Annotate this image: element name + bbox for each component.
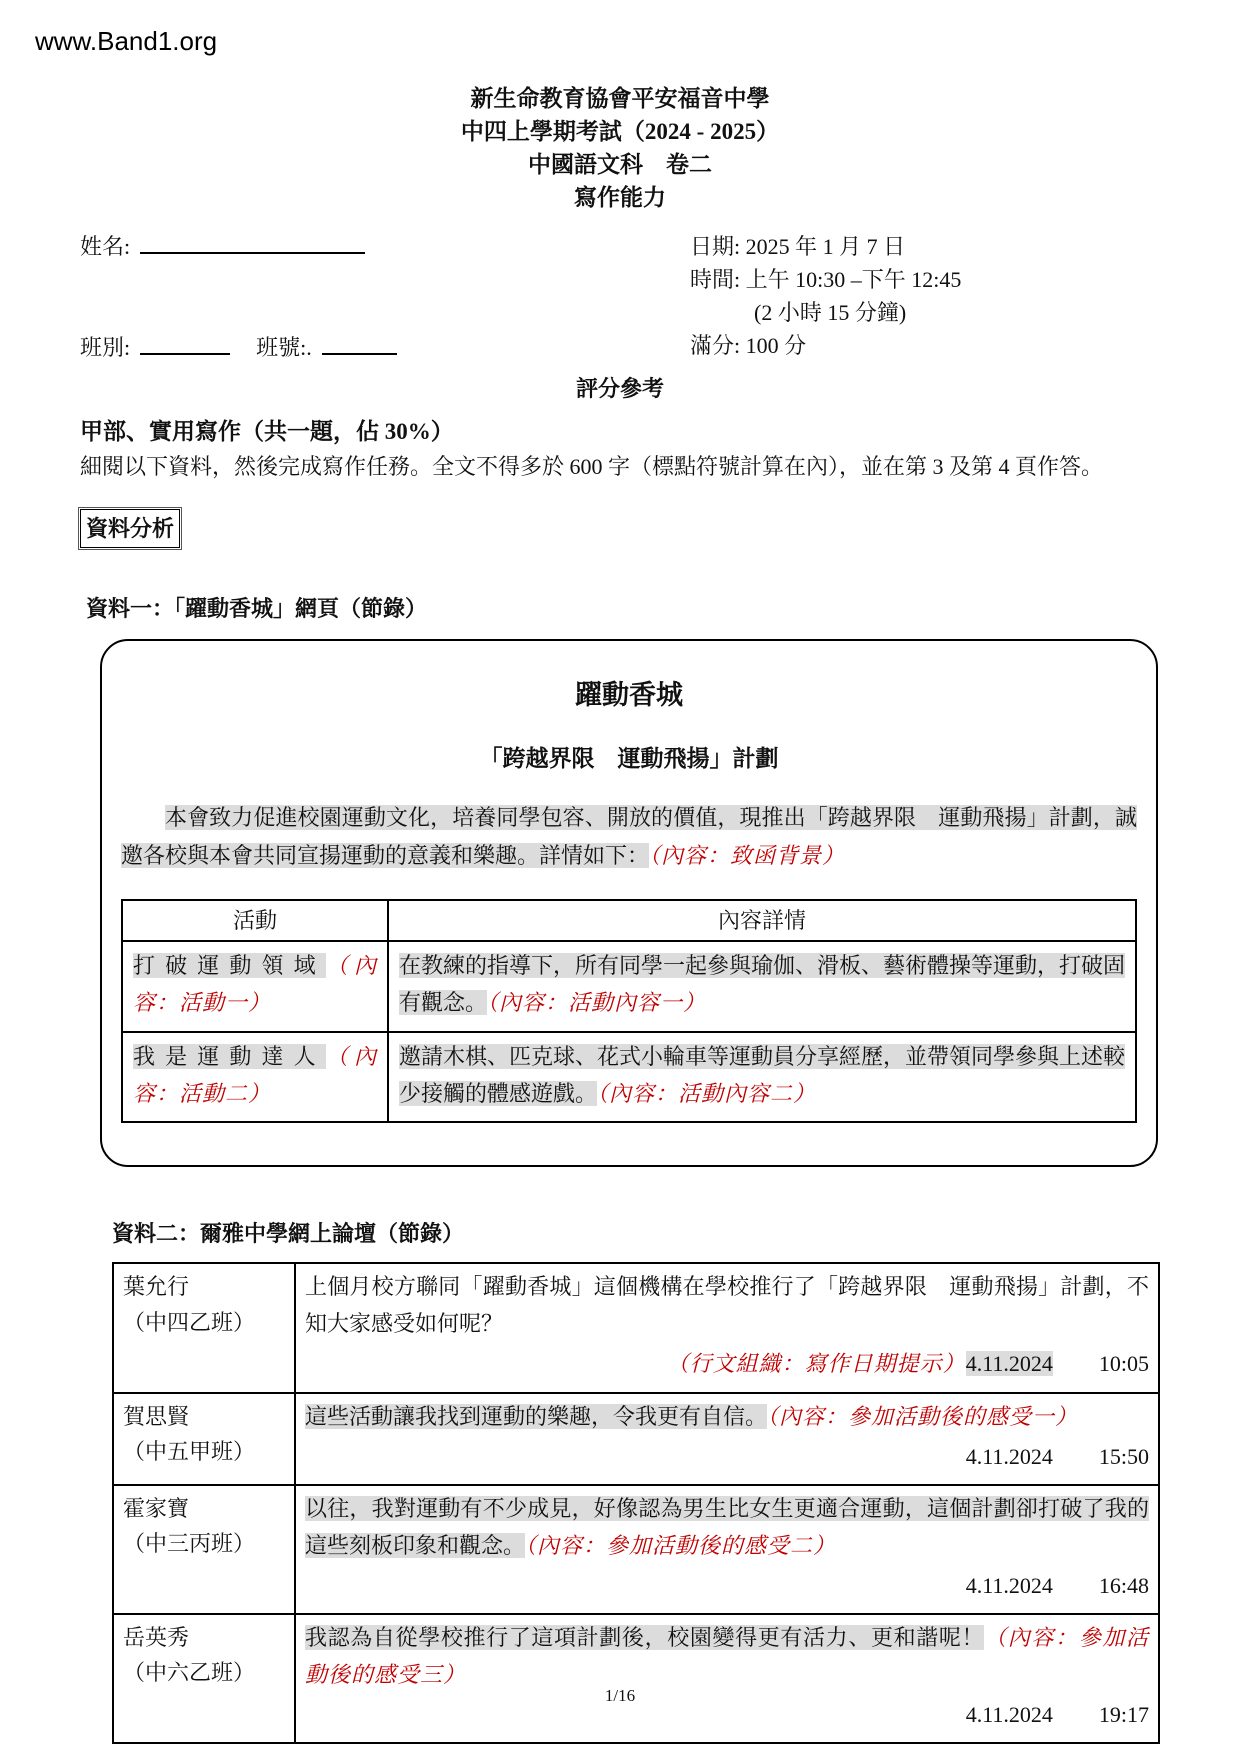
forum-author-class: （中六乙班） [123,1655,285,1690]
forum-message-text: 上個月校方聯同「躍動香城」這個機構在學校推行了「跨越界限 運動飛揚」計劃，不知大… [305,1274,1149,1336]
paper-skill: 寫作能力 [0,181,1240,214]
activity-name: 打破運動領域 [133,953,326,978]
forum-post-date: 4.11.2024 [966,1444,1053,1469]
forum-annotation: （內容：參加活動後的感受一） [767,1404,1078,1429]
date-row: 日期: 2025 年 1 月 7 日 [690,230,1160,263]
activities-col1-header: 活動 [122,900,388,941]
forum-author-class: （中五甲班） [123,1434,285,1469]
full-mark-label: 滿分: [690,333,740,358]
activity-detail-annotation: （內容：活動內容一） [487,990,706,1015]
candidate-info-section: 姓名: 班別:班號:. 日期: 2025 年 1 月 7 日 時間: 上午 10… [80,230,1160,362]
forum-annotation: （行文組織：寫作日期提示） [667,1351,966,1376]
forum-post-row: 葉允行 （中四乙班） 上個月校方聯同「躍動香城」這個機構在學校推行了「跨越界限 … [113,1263,1159,1392]
forum-message-text: 這些活動讓我找到運動的樂趣，令我更有自信。 [305,1404,767,1429]
forum-post-time: 16:48 [1099,1568,1149,1603]
forum-author-cell: 岳英秀 （中六乙班） [113,1614,295,1743]
page-number: 1/16 [0,1686,1240,1706]
source1-webpage-box: 躍動香城 「跨越界限 運動飛揚」計劃 本會致力促進校園運動文化，培養同學包容、開… [100,639,1158,1167]
activity-detail-cell: 邀請木棋、匹克球、花式小輪車等運動員分享經歷，並帶領同學參與上述較少接觸的體感遊… [388,1032,1136,1123]
forum-post-row: 霍家寶 （中三丙班） 以往，我對運動有不少成見，好像認為男生比女生更適合運動，這… [113,1485,1159,1614]
exam-meta: 日期: 2025 年 1 月 7 日 時間: 上午 10:30 –下午 12:4… [690,230,1160,362]
name-label: 姓名: [80,234,130,259]
duration-value: (2 小時 15 分鐘) [754,300,906,325]
org-title: 躍動香城 [121,673,1137,712]
forum-message-cell: 以往，我對運動有不少成見，好像認為男生比女生更適合運動，這個計劃卻打破了我的這些… [295,1485,1159,1614]
forum-author-cell: 葉允行 （中四乙班） [113,1263,295,1392]
forum-message-text: 我認為自從學校推行了這項計劃後，校園變得更有活力、更和諧呢！ [305,1625,984,1650]
section-a-instruction: 細閱以下資料，然後完成寫作任務。全文不得多於 600 字（標點符號計算在內），並… [80,450,1160,483]
date-value: 2025 年 1 月 7 日 [746,234,906,259]
forum-date-line: 4.11.202415:50 [305,1439,1149,1474]
time-value: 上午 10:30 –下午 12:45 [746,267,962,292]
activities-col2-header: 內容詳情 [388,900,1136,941]
forum-message: 以往，我對運動有不少成見，好像認為男生比女生更適合運動，這個計劃卻打破了我的這些… [305,1491,1149,1565]
full-mark-value: 100 分 [746,333,807,358]
plan-title: 「跨越界限 運動飛揚」計劃 [121,740,1137,773]
class-label: 班別: [80,335,130,360]
forum-author-name: 霍家寶 [123,1491,285,1526]
exam-session: 中四上學期考試（2024 - 2025） [0,115,1240,148]
class-no-label: 班號:. [256,335,312,360]
forum-author-name: 葉允行 [123,1269,285,1304]
table-row: 我是運動達人（內容：活動二） 邀請木棋、匹克球、花式小輪車等運動員分享經歷，並帶… [122,1032,1136,1123]
source1-heading: 資料一：「躍動香城」網頁（節錄） [86,592,1240,623]
subject-paper: 中國語文科 卷二 [0,148,1240,181]
name-field-row: 姓名: [80,230,690,261]
forum-message-cell: 上個月校方聯同「躍動香城」這個機構在學校推行了「跨越界限 運動飛揚」計劃，不知大… [295,1263,1159,1392]
forum-message: 我認為自從學校推行了這項計劃後，校園變得更有活力、更和諧呢！（內容：參加活動後的… [305,1620,1149,1694]
forum-author-class: （中四乙班） [123,1305,285,1340]
activities-table: 活動 內容詳情 打破運動領域（內容：活動一） 在教練的指導下，所有同學一起參與瑜… [121,899,1137,1124]
activity-detail-annotation: （內容：活動內容二） [597,1081,816,1106]
duration-row: (2 小時 15 分鐘) [690,296,1160,329]
exam-paper-page: www.Band1.org 新生命教育協會平安福音中學 中四上學期考試（2024… [0,0,1240,1754]
activities-header-row: 活動 內容詳情 [122,900,1136,941]
forum-author-class: （中三丙班） [123,1526,285,1561]
forum-post-row: 岳英秀 （中六乙班） 我認為自從學校推行了這項計劃後，校園變得更有活力、更和諧呢… [113,1614,1159,1743]
site-watermark: www.Band1.org [35,26,217,57]
activity-name: 我是運動達人 [133,1044,326,1069]
forum-author-name: 賀思賢 [123,1399,285,1434]
plan-intro-text: 本會致力促進校園運動文化，培養同學包容、開放的價值，現推出「跨越界限 運動飛揚」… [121,805,1137,868]
plan-intro-annotation: （內容：致函背景） [649,843,845,868]
forum-message: 上個月校方聯同「躍動香城」這個機構在學校推行了「跨越界限 運動飛揚」計劃，不知大… [305,1269,1149,1343]
table-row: 打破運動領域（內容：活動一） 在教練的指導下，所有同學一起參與瑜伽、滑板、藝術體… [122,941,1136,1032]
forum-author-cell: 賀思賢 （中五甲班） [113,1393,295,1485]
forum-message-cell: 這些活動讓我找到運動的樂趣，令我更有自信。（內容：參加活動後的感受一） 4.11… [295,1393,1159,1485]
forum-post-date: 4.11.2024 [966,1351,1053,1376]
forum-date-line: 4.11.202416:48 [305,1568,1149,1603]
time-row: 時間: 上午 10:30 –下午 12:45 [690,263,1160,296]
forum-message: 這些活動讓我找到運動的樂趣，令我更有自信。（內容：參加活動後的感受一） [305,1399,1149,1436]
forum-post-time: 10:05 [1099,1346,1149,1381]
forum-annotation: （內容：參加活動後的感受二） [525,1533,836,1558]
full-mark-row: 滿分: 100 分 [690,329,1160,362]
activity-name-cell: 我是運動達人（內容：活動二） [122,1032,388,1123]
time-label: 時間: [690,267,740,292]
forum-table: 葉允行 （中四乙班） 上個月校方聯同「躍動香城」這個機構在學校推行了「跨越界限 … [112,1262,1160,1743]
forum-author-name: 岳英秀 [123,1620,285,1655]
forum-author-cell: 霍家寶 （中三丙班） [113,1485,295,1614]
forum-post-time: 15:50 [1099,1439,1149,1474]
forum-post-date: 4.11.2024 [966,1573,1053,1598]
activity-name-cell: 打破運動領域（內容：活動一） [122,941,388,1032]
date-label: 日期: [690,234,740,259]
marking-reference-title: 評分參考 [0,372,1240,403]
class-blank-line [140,333,230,355]
activity-detail-cell: 在教練的指導下，所有同學一起參與瑜伽、滑板、藝術體操等運動，打破固有觀念。（內容… [388,941,1136,1032]
forum-post-row: 賀思賢 （中五甲班） 這些活動讓我找到運動的樂趣，令我更有自信。（內容：參加活動… [113,1393,1159,1485]
school-name: 新生命教育協會平安福音中學 [0,82,1240,115]
data-analysis-label: 資料分析 [80,509,180,548]
class-field-row: 班別:班號:. [80,331,690,362]
forum-message-cell: 我認為自從學校推行了這項計劃後，校園變得更有活力、更和諧呢！（內容：參加活動後的… [295,1614,1159,1743]
candidate-fields: 姓名: 班別:班號:. [80,230,690,362]
class-no-blank-line [322,333,397,355]
name-blank-line [140,232,365,254]
source2-heading: 資料二：爾雅中學網上論壇（節錄） [112,1217,1240,1248]
section-a-heading: 甲部、實用寫作（共一題，佔 30%） [80,413,1160,446]
forum-date-line: （行文組織：寫作日期提示）4.11.202410:05 [305,1346,1149,1381]
plan-intro-paragraph: 本會致力促進校園運動文化，培養同學包容、開放的價值，現推出「跨越界限 運動飛揚」… [121,799,1137,875]
